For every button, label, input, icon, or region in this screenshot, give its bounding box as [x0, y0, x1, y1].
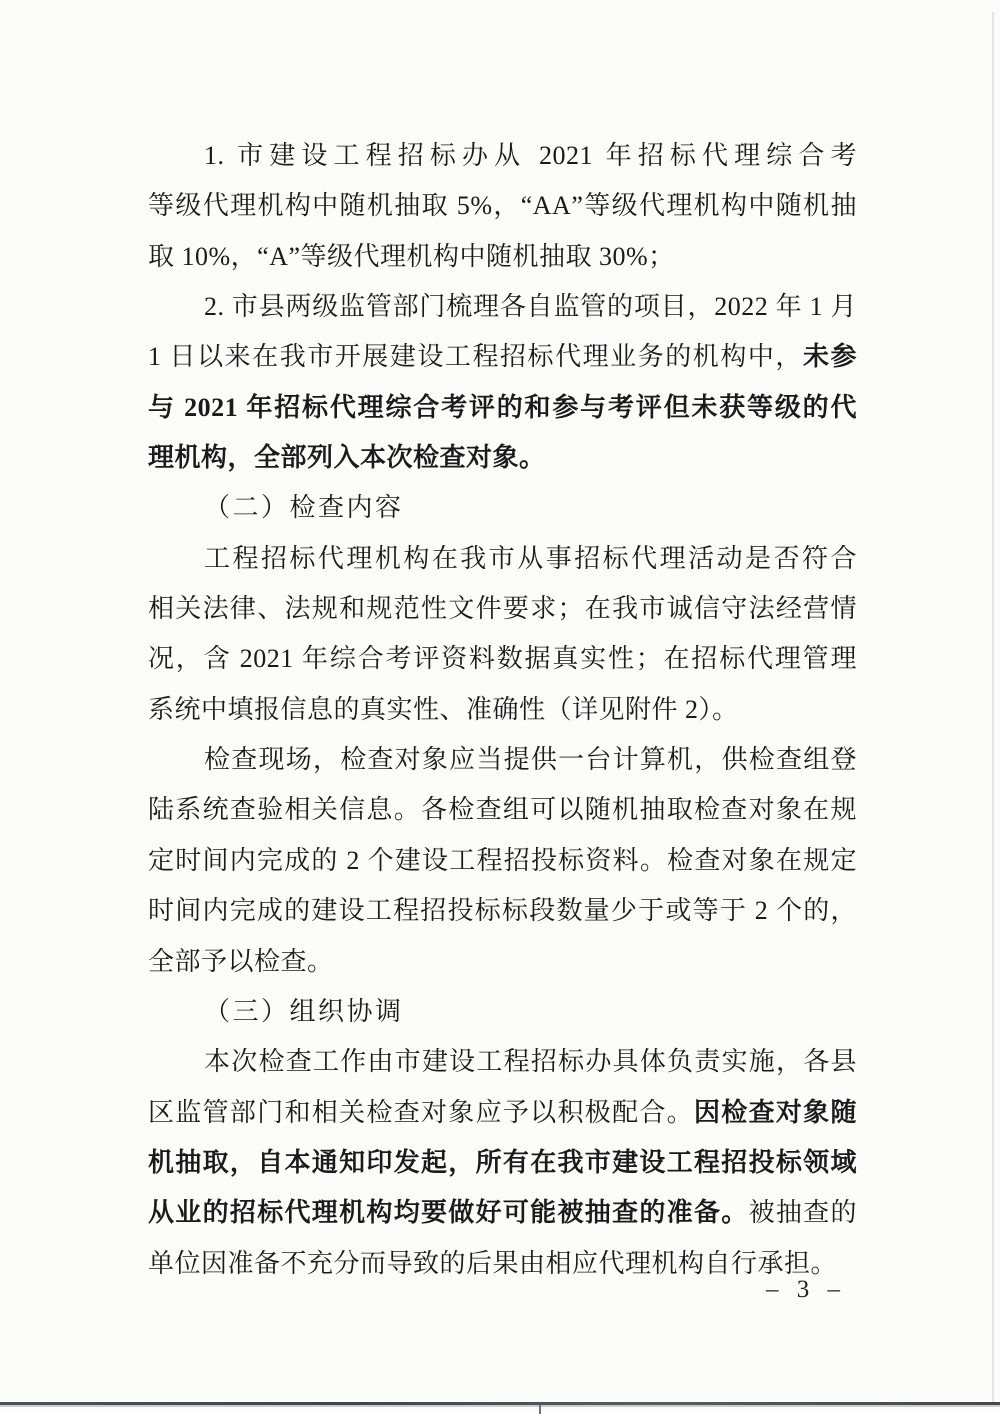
text-run: 况，含 2021 年综合考评资料数据真实性；在招标代理管理: [148, 644, 857, 673]
text-run: 系统中填报信息的真实性、准确性（详见附件 2）。: [148, 695, 739, 724]
text-line: 2. 市县两级监管部门梳理各自监管的项目，2022 年 1 月: [148, 282, 857, 332]
scan-edge-right-line: [992, 12, 994, 1404]
text-run: 时间内完成的建设工程招投标标段数量少于或等于 2 个的，: [148, 896, 857, 925]
text-run: 被抽查的: [749, 1198, 857, 1227]
text-run: （二）检查内容: [204, 493, 404, 522]
text-run: 因检查对象随: [694, 1098, 857, 1127]
page-number: – 3 –: [766, 1276, 843, 1304]
text-run: 单位因准备不充分而导致的后果由相应代理机构自行承担。: [148, 1249, 837, 1278]
text-run: 陆系统查验相关信息。各检查组可以随机抽取检查对象在规: [148, 795, 857, 824]
text-line: 从业的招标代理机构均要做好可能被抽查的准备。被抽查的: [148, 1188, 857, 1238]
text-run: 全部予以检查。: [148, 947, 334, 976]
text-line: 1 日以来在我市开展建设工程招标代理业务的机构中，未参: [148, 332, 857, 382]
scan-edge-tick-mark: [539, 1405, 541, 1414]
section-heading: （三）组织协调: [148, 987, 857, 1037]
text-run: 1. 市建设工程招标办从 2021 年招标代理综合考评“AAA”: [148, 141, 857, 181]
text-line: 相关法律、法规和规范性文件要求；在我市诚信守法经营情: [148, 584, 857, 634]
text-run: （三）组织协调: [204, 997, 404, 1026]
text-run: 1 日以来在我市开展建设工程招标代理业务的机构中，: [148, 342, 803, 371]
text-run: 机抽取，自本通知印发起，所有在我市建设工程招投标领域: [148, 1148, 857, 1177]
text-line: 1. 市建设工程招标办从 2021 年招标代理综合考评“AAA”: [148, 131, 857, 181]
text-line: 检查现场，检查对象应当提供一台计算机，供检查组登: [148, 735, 857, 785]
scan-edge-bottom-shadow: [0, 1405, 1000, 1407]
text-line: 机抽取，自本通知印发起，所有在我市建设工程招投标领域: [148, 1138, 857, 1188]
section-heading: （二）检查内容: [148, 483, 857, 533]
document-body: 1. 市建设工程招标办从 2021 年招标代理综合考评“AAA”等级代理机构中随…: [148, 131, 857, 1289]
text-line: 陆系统查验相关信息。各检查组可以随机抽取检查对象在规: [148, 785, 857, 835]
text-run: 本次检查工作由市建设工程招标办具体负责实施，各县: [204, 1047, 857, 1076]
text-line: 全部予以检查。: [148, 937, 857, 987]
text-run: 定时间内完成的 2 个建设工程招投标资料。检查对象在规定: [148, 846, 857, 875]
text-line: 理机构，全部列入本次检查对象。: [148, 433, 857, 483]
text-run: 工程招标代理机构在我市从事招标代理活动是否符合: [204, 544, 857, 573]
text-line: 系统中填报信息的真实性、准确性（详见附件 2）。: [148, 685, 857, 735]
text-line: 况，含 2021 年综合考评资料数据真实性；在招标代理管理: [148, 634, 857, 684]
text-line: 定时间内完成的 2 个建设工程招投标资料。检查对象在规定: [148, 836, 857, 886]
text-run: 区监管部门和相关检查对象应予以积极配合。: [148, 1098, 694, 1127]
text-run: 等级代理机构中随机抽取 5%，“AA”等级代理机构中随机抽: [148, 191, 857, 220]
text-line: 取 10%，“A”等级代理机构中随机抽取 30%；: [148, 232, 857, 282]
text-run: 未参: [803, 342, 857, 371]
text-run: 理机构，全部列入本次检查对象。: [148, 443, 546, 472]
text-line: 区监管部门和相关检查对象应予以积极配合。因检查对象随: [148, 1088, 857, 1138]
text-line: 工程招标代理机构在我市从事招标代理活动是否符合: [148, 534, 857, 584]
text-run: 相关法律、法规和规范性文件要求；在我市诚信守法经营情: [148, 594, 857, 623]
text-run: 取 10%，“A”等级代理机构中随机抽取 30%；: [148, 242, 675, 271]
text-line: 本次检查工作由市建设工程招标办具体负责实施，各县: [148, 1037, 857, 1087]
text-run: 从业的招标代理机构均要做好可能被抽查的准备。: [148, 1198, 749, 1227]
text-line: 时间内完成的建设工程招投标标段数量少于或等于 2 个的，: [148, 886, 857, 936]
text-run: 2. 市县两级监管部门梳理各自监管的项目，2022 年 1 月: [204, 292, 857, 321]
text-line: 等级代理机构中随机抽取 5%，“AA”等级代理机构中随机抽: [148, 181, 857, 231]
text-line: 单位因准备不充分而导致的后果由相应代理机构自行承担。: [148, 1239, 857, 1289]
scanned-document-page: 1. 市建设工程招标办从 2021 年招标代理综合考评“AAA”等级代理机构中随…: [0, 0, 1000, 1414]
text-run: 与 2021 年招标代理综合考评的和参与考评但未获等级的代: [148, 393, 857, 422]
text-line: 与 2021 年招标代理综合考评的和参与考评但未获等级的代: [148, 383, 857, 433]
text-run: 检查现场，检查对象应当提供一台计算机，供检查组登: [204, 745, 857, 774]
